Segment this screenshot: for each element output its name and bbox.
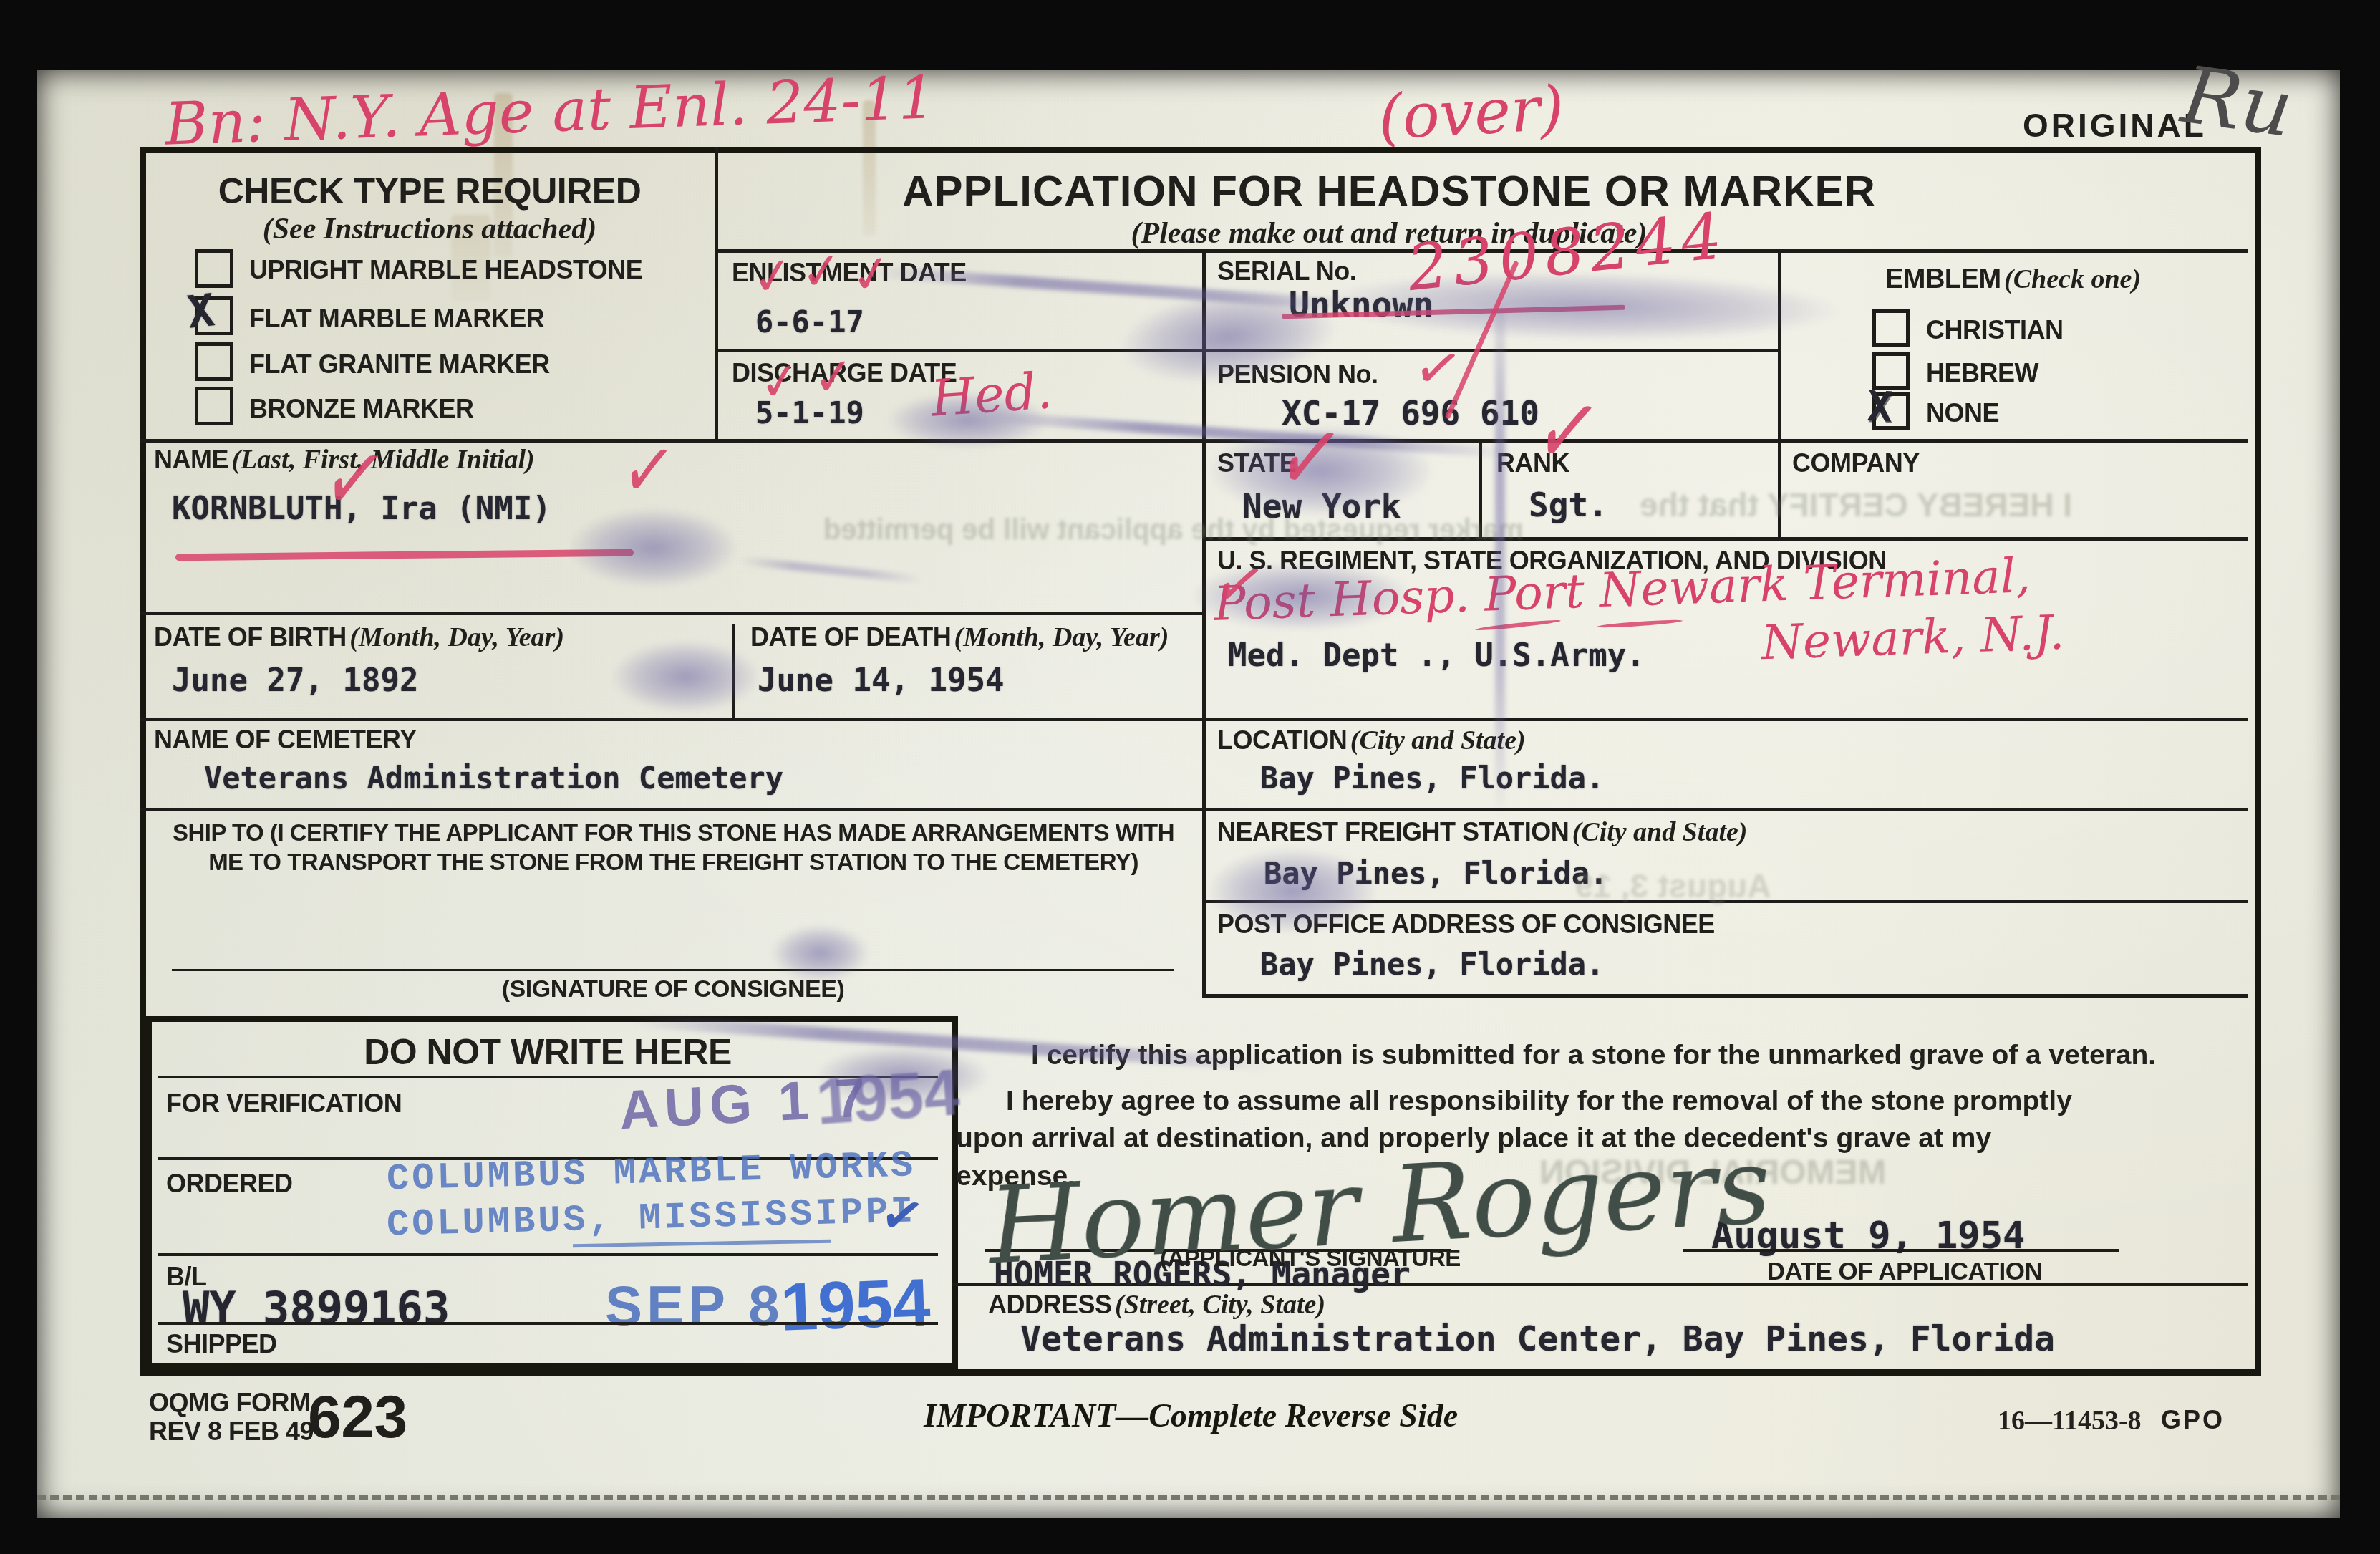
enlistment-date-value: 6-6-17: [755, 304, 864, 339]
freight-label: NEAREST FREIGHT STATION: [1217, 817, 1569, 846]
bl-stamp-year: 1954: [779, 1263, 932, 1346]
bleed-through-text: I HEREBY CERTIFY that the: [1640, 486, 2072, 524]
check-type-heading: CHECK TYPE REQUIRED: [154, 170, 705, 212]
pencil-initials: Ru: [2177, 49, 2298, 155]
name-label: NAME: [154, 445, 228, 474]
form-number-line1: OQMG FORM: [149, 1388, 310, 1418]
address-label: ADDRESS: [988, 1290, 1112, 1319]
dod-label-italic: (Month, Day, Year): [954, 622, 1169, 652]
cemetery-value: Veterans Administration Cemetery: [204, 761, 783, 796]
checkbox-label: CHRISTIAN: [1926, 315, 2064, 345]
application-date-caption: DATE OF APPLICATION: [1718, 1258, 2091, 1286]
checkbox-label: FLAT MARBLE MARKER: [249, 304, 544, 334]
bl-stamp: SEP 8: [605, 1273, 784, 1338]
cemetery-label: NAME OF CEMETERY: [154, 725, 417, 755]
checkbox-label: HEBREW: [1926, 358, 2038, 388]
bleed-through-text: marker requested by the applicant will b…: [823, 514, 1524, 546]
emblem-label-italic: (Check one): [2004, 264, 2141, 294]
handwritten-regiment-2: Newark, N.J.: [1761, 605, 2065, 671]
divider: [158, 1322, 938, 1325]
red-check-mark: ✓: [798, 240, 846, 303]
handwritten-over-note: (over): [1377, 72, 1566, 153]
important-note: IMPORTANT—Complete Reverse Side: [924, 1396, 1458, 1434]
emblem-heading: EMBLEM (Check one): [1778, 264, 2248, 295]
address-label-row: ADDRESS (Street, City, State): [988, 1289, 1325, 1321]
ink-streak-vertical: [1495, 308, 1505, 816]
red-check-mark: ✓: [755, 349, 805, 413]
company-label: COMPANY: [1792, 448, 1920, 478]
bleed-through-text: August 3, 19: [1575, 867, 1771, 905]
address-label-italic: (Street, City, State): [1115, 1290, 1325, 1320]
shipped-label: SHIPPED: [166, 1329, 277, 1359]
consignee-address-value: Bay Pines, Florida.: [1260, 947, 1604, 982]
consignee-signature-caption: (SIGNATURE OF CONSIGNEE): [172, 975, 1174, 1003]
serial-no-label: SERIAL No.: [1217, 256, 1356, 286]
date-line: [1683, 1249, 2119, 1252]
dod-label: DATE OF DEATH: [750, 622, 951, 652]
checkbox-bronze: [195, 387, 233, 425]
divider: [140, 612, 1205, 615]
dod-label-row: DATE OF DEATH (Month, Day, Year): [750, 622, 1169, 653]
divider: [1202, 994, 2248, 998]
checkbox-label: FLAT GRANITE MARKER: [249, 349, 550, 380]
ordered-label: ORDERED: [166, 1169, 293, 1199]
divider: [158, 1253, 938, 1256]
divider: [140, 808, 2248, 811]
red-check-mark: ✓: [748, 244, 798, 308]
location-label-row: LOCATION (City and State): [1217, 725, 1526, 756]
form-number: 623: [308, 1382, 407, 1452]
freight-label-row: NEAREST FREIGHT STATION (City and State): [1217, 816, 1748, 848]
location-label: LOCATION: [1217, 725, 1347, 755]
signature-caption: (APPLICANT'S SIGNATURE: [1160, 1245, 1461, 1272]
ink-smudge: [816, 1047, 988, 1104]
form-subtitle: (Please make out and return in duplicate…: [716, 216, 2062, 251]
checkbox-label: NONE: [1926, 398, 1999, 428]
consignee-signature-line: [172, 969, 1174, 971]
divider: [140, 439, 2248, 443]
form-number-line2: REV 8 FEB 49: [149, 1417, 314, 1447]
print-code: 16—11453-8: [1998, 1405, 2142, 1437]
checkbox-christian: [1872, 309, 1910, 347]
checkbox-x-mark: X: [1866, 382, 1893, 432]
form-title: APPLICATION FOR HEADSTONE OR MARKER: [716, 166, 2062, 216]
ink-smudge: [772, 925, 869, 981]
dob-value: June 27, 1892: [172, 662, 418, 699]
verification-label: FOR VERIFICATION: [166, 1089, 402, 1119]
dob-label-italic: (Month, Day, Year): [349, 622, 564, 652]
ink-smudge: [612, 641, 759, 713]
dod-value: June 14, 1954: [758, 662, 1004, 699]
red-check-mark: ✓: [811, 346, 858, 408]
dob-label: DATE OF BIRTH: [154, 622, 347, 652]
divider: [140, 718, 2248, 721]
checkbox-x-mark: X: [185, 284, 217, 339]
ship-to-label: SHIP TO (I CERTIFY THE APPLICANT FOR THI…: [156, 818, 1191, 877]
checkbox-flat-granite: [195, 342, 233, 381]
scanned-document: Bn: N.Y. Age at Enl. 24-11 (over) ORIGIN…: [0, 0, 2380, 1554]
checkbox-label: BRONZE MARKER: [249, 394, 474, 424]
location-value: Bay Pines, Florida.: [1260, 761, 1604, 796]
dob-label-row: DATE OF BIRTH (Month, Day, Year): [154, 622, 564, 653]
ink-smudge: [569, 508, 737, 587]
freight-label-italic: (City and State): [1572, 817, 1748, 847]
checkbox-upright-marble: [195, 249, 233, 288]
check-type-subheading: (See Instructions attached): [154, 212, 705, 246]
checkbox-label: UPRIGHT MARBLE HEADSTONE: [249, 255, 642, 285]
ink-smudge: [1209, 849, 1377, 933]
bl-value: WY 3899163: [183, 1282, 450, 1334]
emblem-label: EMBLEM: [1885, 264, 2001, 294]
address-value: Veterans Administration Center, Bay Pine…: [1020, 1319, 2055, 1359]
perforation-line: [37, 1495, 2340, 1500]
regiment-value: Med. Dept ., U.S.Army.: [1228, 637, 1645, 674]
gpo-label: GPO: [2161, 1405, 2225, 1435]
